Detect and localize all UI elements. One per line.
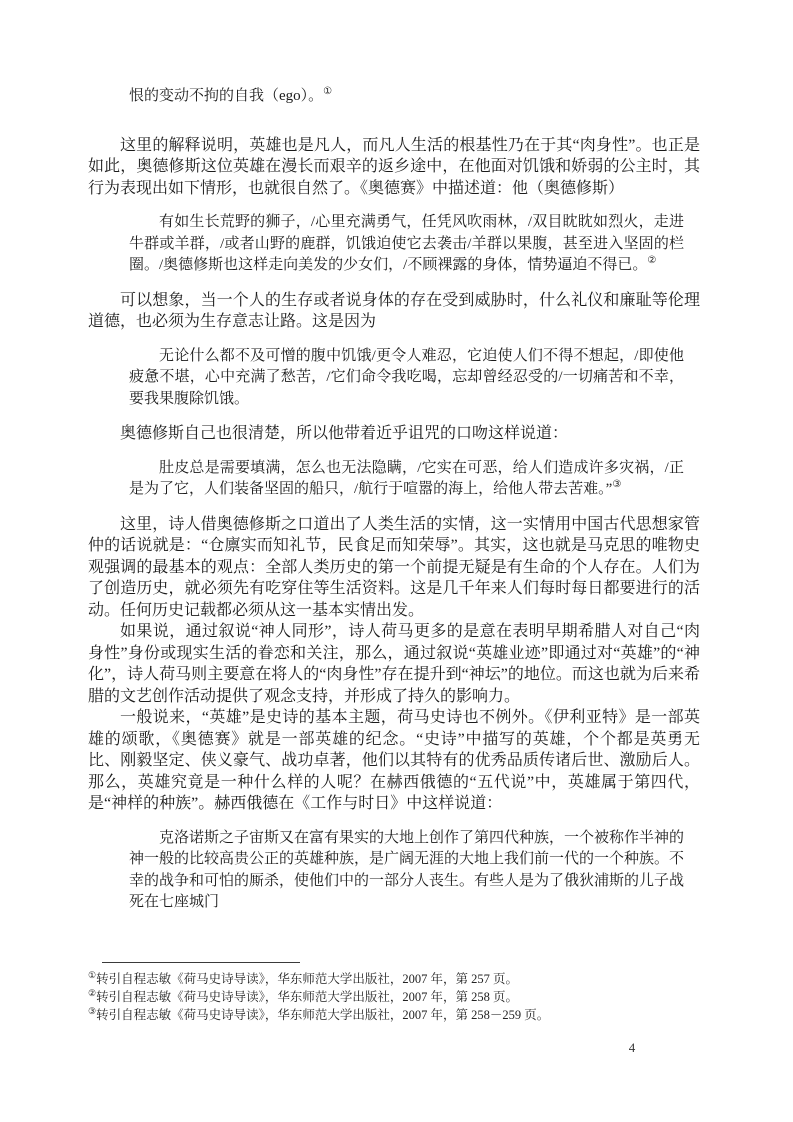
paragraph: 这里，诗人借奥德修斯之口道出了人类生活的实情，这一实情用中国古代思想家管仲的话说…	[88, 514, 700, 622]
paragraph: 可以想象，当一个人的生存或者说身体的存在受到威胁时，什么礼仪和廉耻等伦理道德，也…	[88, 290, 700, 333]
footnote: ①转引自程志敏《荷马史诗导读》，华东师范大学出版社，2007 年，第 257 页…	[88, 970, 700, 988]
paragraph: 一般说来，“英雄”是史诗的基本主题，荷马史诗也不例外。《伊利亚特》是一部英雄的颂…	[88, 707, 700, 815]
page-number: 4	[600, 1040, 664, 1056]
footnote-ref-2: ②	[647, 255, 656, 266]
footnote-number: ①	[88, 970, 96, 980]
footnote-text: 转引自程志敏《荷马史诗导读》，华东师范大学出版社，2007 年，第 258 页。	[96, 990, 518, 1004]
quote-block: 无论什么都不及可憎的腹中饥饿/更令人难忍，它迫使人们不得不想起，/即使他疲惫不堪…	[129, 346, 684, 411]
footnote: ③转引自程志敏《荷马史诗导读》，华东师范大学出版社，2007 年，第 258－2…	[88, 1006, 700, 1024]
footnote-number: ③	[88, 1006, 96, 1016]
document-page: 恨的变动不拘的自我（ego）。① 这里的解释说明，英雄也是凡人，而凡人生活的根基…	[0, 0, 793, 1122]
paragraph: 奥德修斯自己也很清楚，所以他带着近乎诅咒的口吻这样说道：	[88, 423, 700, 445]
footnote-number: ②	[88, 988, 96, 998]
footnote-text: 转引自程志敏《荷马史诗导读》，华东师范大学出版社，2007 年，第 258－25…	[96, 1008, 549, 1022]
quote-text: 有如生长荒野的狮子，/心里充满勇气，任凭风吹雨林，/双目眈眈如烈火，走进牛群或羊…	[129, 214, 684, 273]
quote-text: 肚皮总是需要填满，怎么也无法隐瞒，/它实在可恶，给人们造成许多灾祸，/正是为了它…	[129, 460, 684, 498]
quote-block: 克洛诺斯之子宙斯又在富有果实的大地上创作了第四代种族，一个被称作半神的神一般的比…	[129, 828, 684, 914]
quote-text: 克洛诺斯之子宙斯又在富有果实的大地上创作了第四代种族，一个被称作半神的神一般的比…	[129, 830, 684, 911]
quote-continuation-text: 恨的变动不拘的自我（ego）。	[129, 88, 323, 104]
quote-block: 有如生长荒野的狮子，/心里充满勇气，任凭风吹雨林，/双目眈眈如烈火，走进牛群或羊…	[129, 212, 684, 277]
page-body: 恨的变动不拘的自我（ego）。① 这里的解释说明，英雄也是凡人，而凡人生活的根基…	[88, 86, 700, 927]
footnote-ref-3: ③	[612, 479, 621, 490]
footnote-ref-1: ①	[323, 86, 332, 97]
footnote: ②转引自程志敏《荷马史诗导读》，华东师范大学出版社，2007 年，第 258 页…	[88, 988, 700, 1006]
paragraph: 这里的解释说明，英雄也是凡人，而凡人生活的根基性乃在于其“肉身性”。也正是如此，…	[88, 135, 700, 200]
quote-text: 无论什么都不及可憎的腹中饥饿/更令人难忍，它迫使人们不得不想起，/即使他疲惫不堪…	[129, 348, 684, 407]
footnote-text: 转引自程志敏《荷马史诗导读》，华东师范大学出版社，2007 年，第 257 页。	[96, 972, 518, 986]
footnotes-section: ①转引自程志敏《荷马史诗导读》，华东师范大学出版社，2007 年，第 257 页…	[88, 962, 700, 1024]
quote-continuation-block: 恨的变动不拘的自我（ego）。①	[129, 86, 684, 108]
paragraph: 如果说，通过叙说“神人同形”，诗人荷马更多的是意在表明早期希腊人对自己“肉身性”…	[88, 621, 700, 707]
quote-block: 肚皮总是需要填满，怎么也无法隐瞒，/它实在可恶，给人们造成许多灾祸，/正是为了它…	[129, 458, 684, 501]
footnote-separator	[102, 962, 300, 963]
